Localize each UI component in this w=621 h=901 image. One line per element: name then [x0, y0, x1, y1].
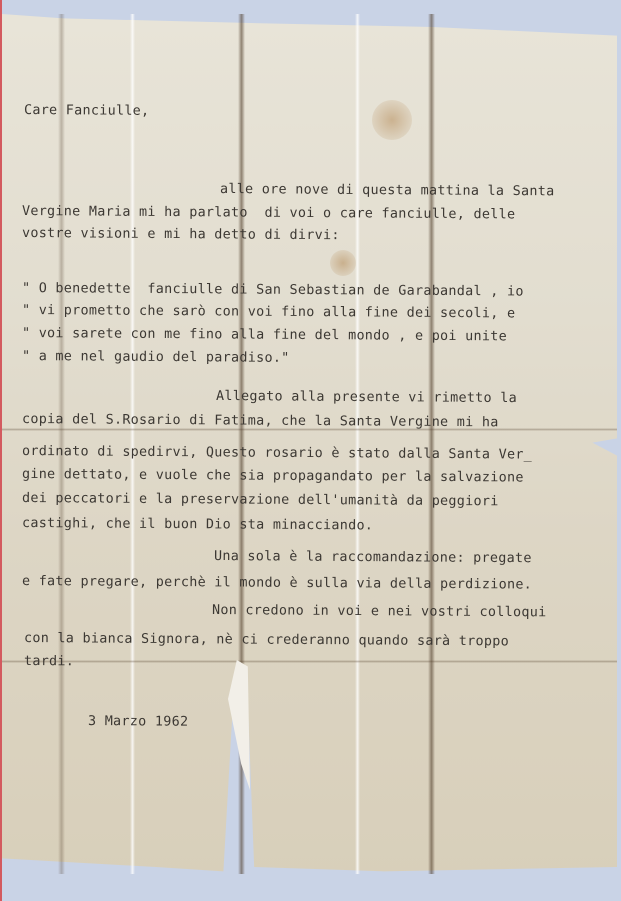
salutation: Care Fanciulle, [24, 104, 150, 118]
letter-date: 3 Marzo 1962 [88, 715, 188, 729]
letter-line: Allegato alla presente vi rimetto la [216, 390, 517, 406]
fold-crease [355, 14, 360, 874]
letter-line: con la bianca Signora, nè ci crederanno … [24, 632, 509, 649]
fold-crease [428, 14, 435, 874]
letter-line: " O benedette fanciulle di San Sebastian… [22, 282, 524, 299]
letter-line: copia del S.Rosario di Fatima, che la Sa… [22, 413, 499, 430]
letter-line: tardi. [24, 655, 74, 669]
letter-line: vostre visioni e mi ha detto di dirvi: [22, 227, 340, 243]
letter-line: Una sola è la raccomandazione: pregate [214, 550, 532, 566]
letter-line: e fate pregare, perchè il mondo è sulla … [22, 575, 532, 592]
letter-line: alle ore nove di questa mattina la Santa [220, 183, 555, 199]
letter-line: " vi prometto che sarò con voi fino alla… [22, 304, 515, 321]
letter-line: ordinato di spedirvi, Questo rosario è s… [22, 445, 532, 462]
letter-line: Vergine Maria mi ha parlato di voi o car… [22, 205, 515, 222]
letter-line: " a me nel gaudio del paradiso." [22, 350, 290, 365]
fold-crease [2, 660, 617, 663]
letter-line: Non credono in voi e nei vostri colloqui [212, 604, 547, 620]
stain [372, 100, 412, 140]
letter-line: dei peccatori e la preservazione dell'um… [22, 492, 499, 509]
letter-line: " voi sarete con me fino alla fine del m… [22, 327, 507, 344]
image-left-edge [0, 0, 2, 901]
letter-line: castighi, che il buon Dio sta minacciand… [22, 517, 373, 533]
letter-line: gine dettato, e vuole che sia propaganda… [22, 468, 524, 485]
stain [330, 250, 356, 276]
